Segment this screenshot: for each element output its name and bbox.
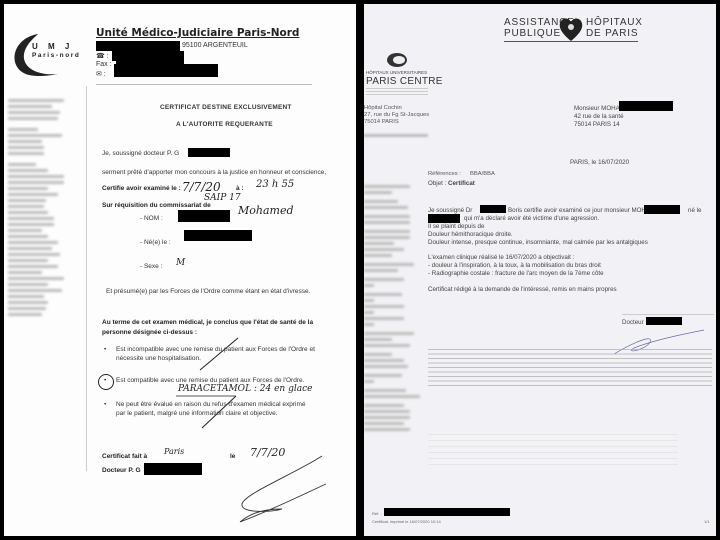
page-number: 1/1 — [704, 519, 710, 524]
privacy-notice-fineprint — [428, 349, 712, 389]
umj-certificate-page: U M J Paris-nord Unité Médico-Judiciaire… — [4, 4, 356, 536]
redacted-footer-ref — [384, 508, 510, 516]
handwritten-strokes-icon — [4, 4, 356, 536]
made-at-label: Certificat fait à — [102, 453, 147, 460]
made-on-label: le — [230, 453, 235, 460]
made-at-handwritten: Paris — [164, 447, 184, 456]
footer-ref-label: Réf. : — [372, 511, 382, 516]
signature-label: Docteur P. G — [102, 467, 141, 474]
bleed-through-text — [428, 434, 678, 466]
aphp-certificate-page: ASSISTANCE PUBLIQUE HÔPITAUX DE PARIS HÔ… — [364, 4, 716, 536]
footer-printed: Certificat, imprimé le 16/07/2020 10:14 — [372, 519, 441, 524]
redacted-signature-name — [144, 463, 202, 475]
made-on-handwritten: 7/7/20 — [250, 446, 285, 459]
